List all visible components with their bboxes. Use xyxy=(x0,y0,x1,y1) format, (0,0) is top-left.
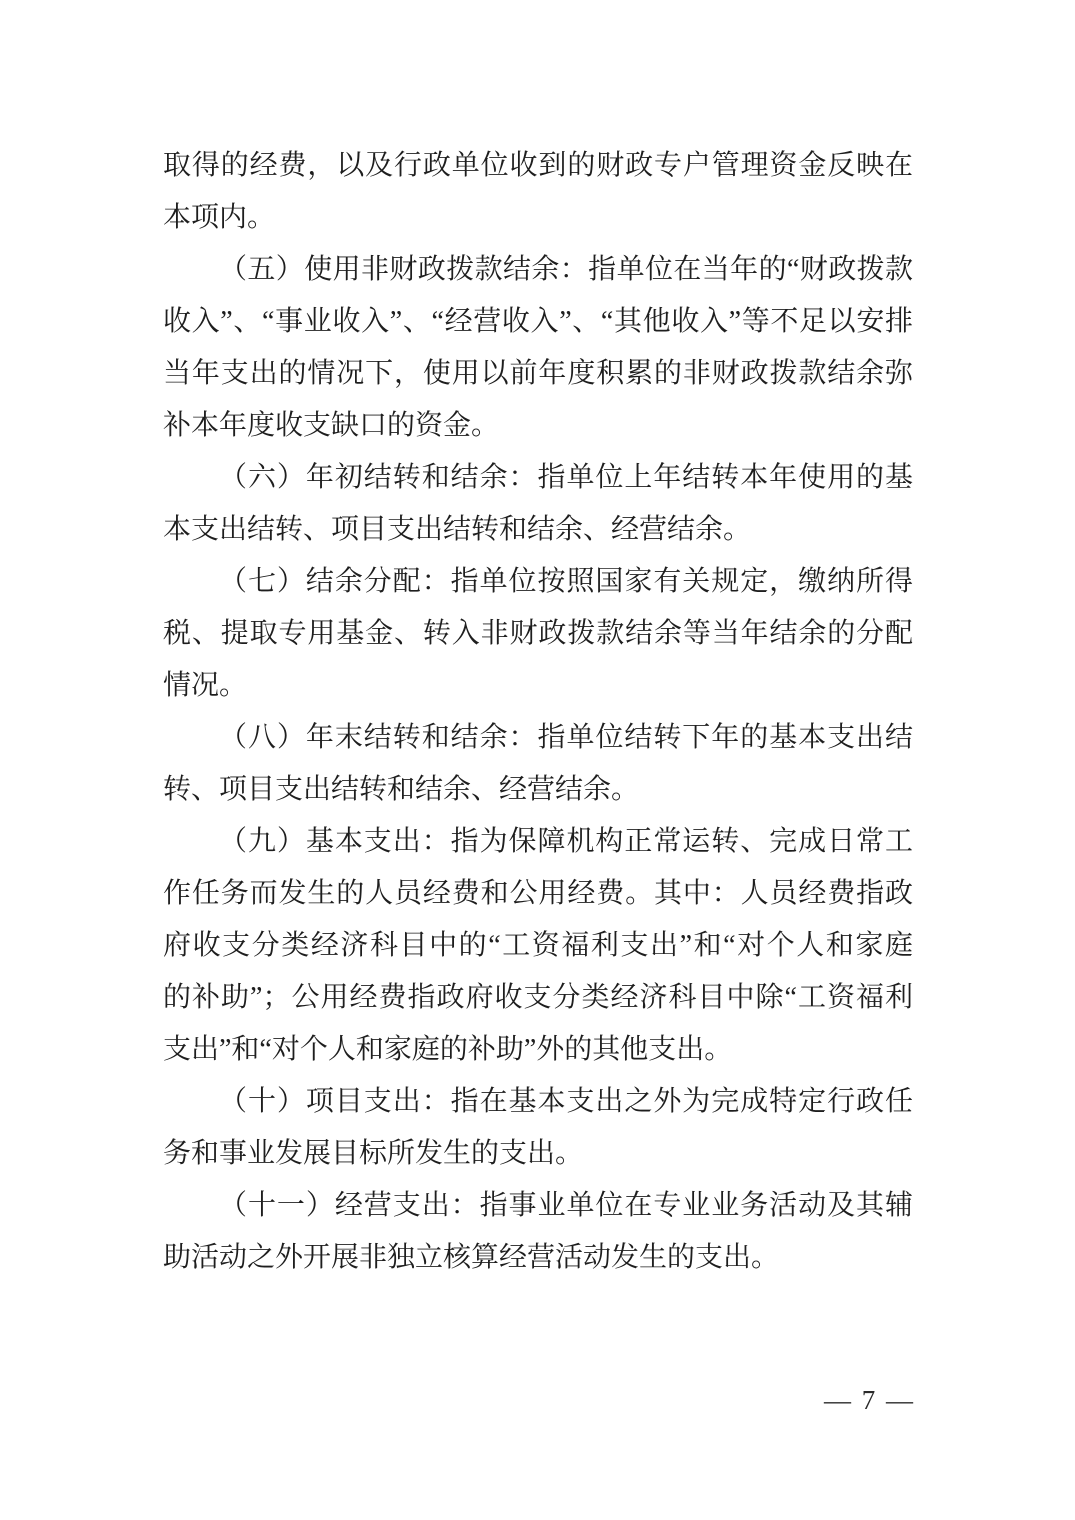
text-line: 当年支出的情况下，使用以前年度积累的非财政拨款结余弥 xyxy=(163,348,913,400)
paragraph: （十一）经营支出：指事业单位在专业业务活动及其辅助活动之外开展非独立核算经营活动… xyxy=(163,1180,913,1284)
page-footer: — 7 — xyxy=(824,1384,915,1416)
paragraph: （五）使用非财政拨款结余：指单位在当年的“财政拨款收入”、“事业收入”、“经营收… xyxy=(163,244,913,452)
text-line: 府收支分类经济科目中的“工资福利支出”和“对个人和家庭 xyxy=(163,920,913,972)
text-line: （六）年初结转和结余：指单位上年结转本年使用的基 xyxy=(163,452,913,504)
text-line: 的补助”；公用经费指政府收支分类经济科目中除“工资福利 xyxy=(163,972,913,1024)
document-page: 取得的经费，以及行政单位收到的财政专户管理资金反映在本项内。（五）使用非财政拨款… xyxy=(0,0,1075,1520)
text-line: （十一）经营支出：指事业单位在专业业务活动及其辅 xyxy=(163,1180,913,1232)
text-line: 助活动之外开展非独立核算经营活动发生的支出。 xyxy=(163,1232,913,1284)
text-line: 税、提取专用基金、转入非财政拨款结余等当年结余的分配 xyxy=(163,608,913,660)
paragraph: （六）年初结转和结余：指单位上年结转本年使用的基本支出结转、项目支出结转和结余、… xyxy=(163,452,913,556)
text-line: 作任务而发生的人员经费和公用经费。其中：人员经费指政 xyxy=(163,868,913,920)
page-number: — 7 — xyxy=(824,1385,915,1415)
paragraph: 取得的经费，以及行政单位收到的财政专户管理资金反映在本项内。 xyxy=(163,140,913,244)
text-line: （七）结余分配：指单位按照国家有关规定，缴纳所得 xyxy=(163,556,913,608)
paragraph: （七）结余分配：指单位按照国家有关规定，缴纳所得税、提取专用基金、转入非财政拨款… xyxy=(163,556,913,712)
paragraph: （八）年末结转和结余：指单位结转下年的基本支出结转、项目支出结转和结余、经营结余… xyxy=(163,712,913,816)
text-line: 取得的经费，以及行政单位收到的财政专户管理资金反映在 xyxy=(163,140,913,192)
document-body: 取得的经费，以及行政单位收到的财政专户管理资金反映在本项内。（五）使用非财政拨款… xyxy=(163,140,913,1284)
text-line: 收入”、“事业收入”、“经营收入”、“其他收入”等不足以安排 xyxy=(163,296,913,348)
text-line: 补本年度收支缺口的资金。 xyxy=(163,400,913,452)
paragraph: （十）项目支出：指在基本支出之外为完成特定行政任务和事业发展目标所发生的支出。 xyxy=(163,1076,913,1180)
text-line: （五）使用非财政拨款结余：指单位在当年的“财政拨款 xyxy=(163,244,913,296)
text-line: 支出”和“对个人和家庭的补助”外的其他支出。 xyxy=(163,1024,913,1076)
text-line: 转、项目支出结转和结余、经营结余。 xyxy=(163,764,913,816)
text-line: 本支出结转、项目支出结转和结余、经营结余。 xyxy=(163,504,913,556)
text-line: （九）基本支出：指为保障机构正常运转、完成日常工 xyxy=(163,816,913,868)
paragraph: （九）基本支出：指为保障机构正常运转、完成日常工作任务而发生的人员经费和公用经费… xyxy=(163,816,913,1076)
text-line: 务和事业发展目标所发生的支出。 xyxy=(163,1128,913,1180)
text-line: （十）项目支出：指在基本支出之外为完成特定行政任 xyxy=(163,1076,913,1128)
text-line: 本项内。 xyxy=(163,192,913,244)
text-line: （八）年末结转和结余：指单位结转下年的基本支出结 xyxy=(163,712,913,764)
text-line: 情况。 xyxy=(163,660,913,712)
